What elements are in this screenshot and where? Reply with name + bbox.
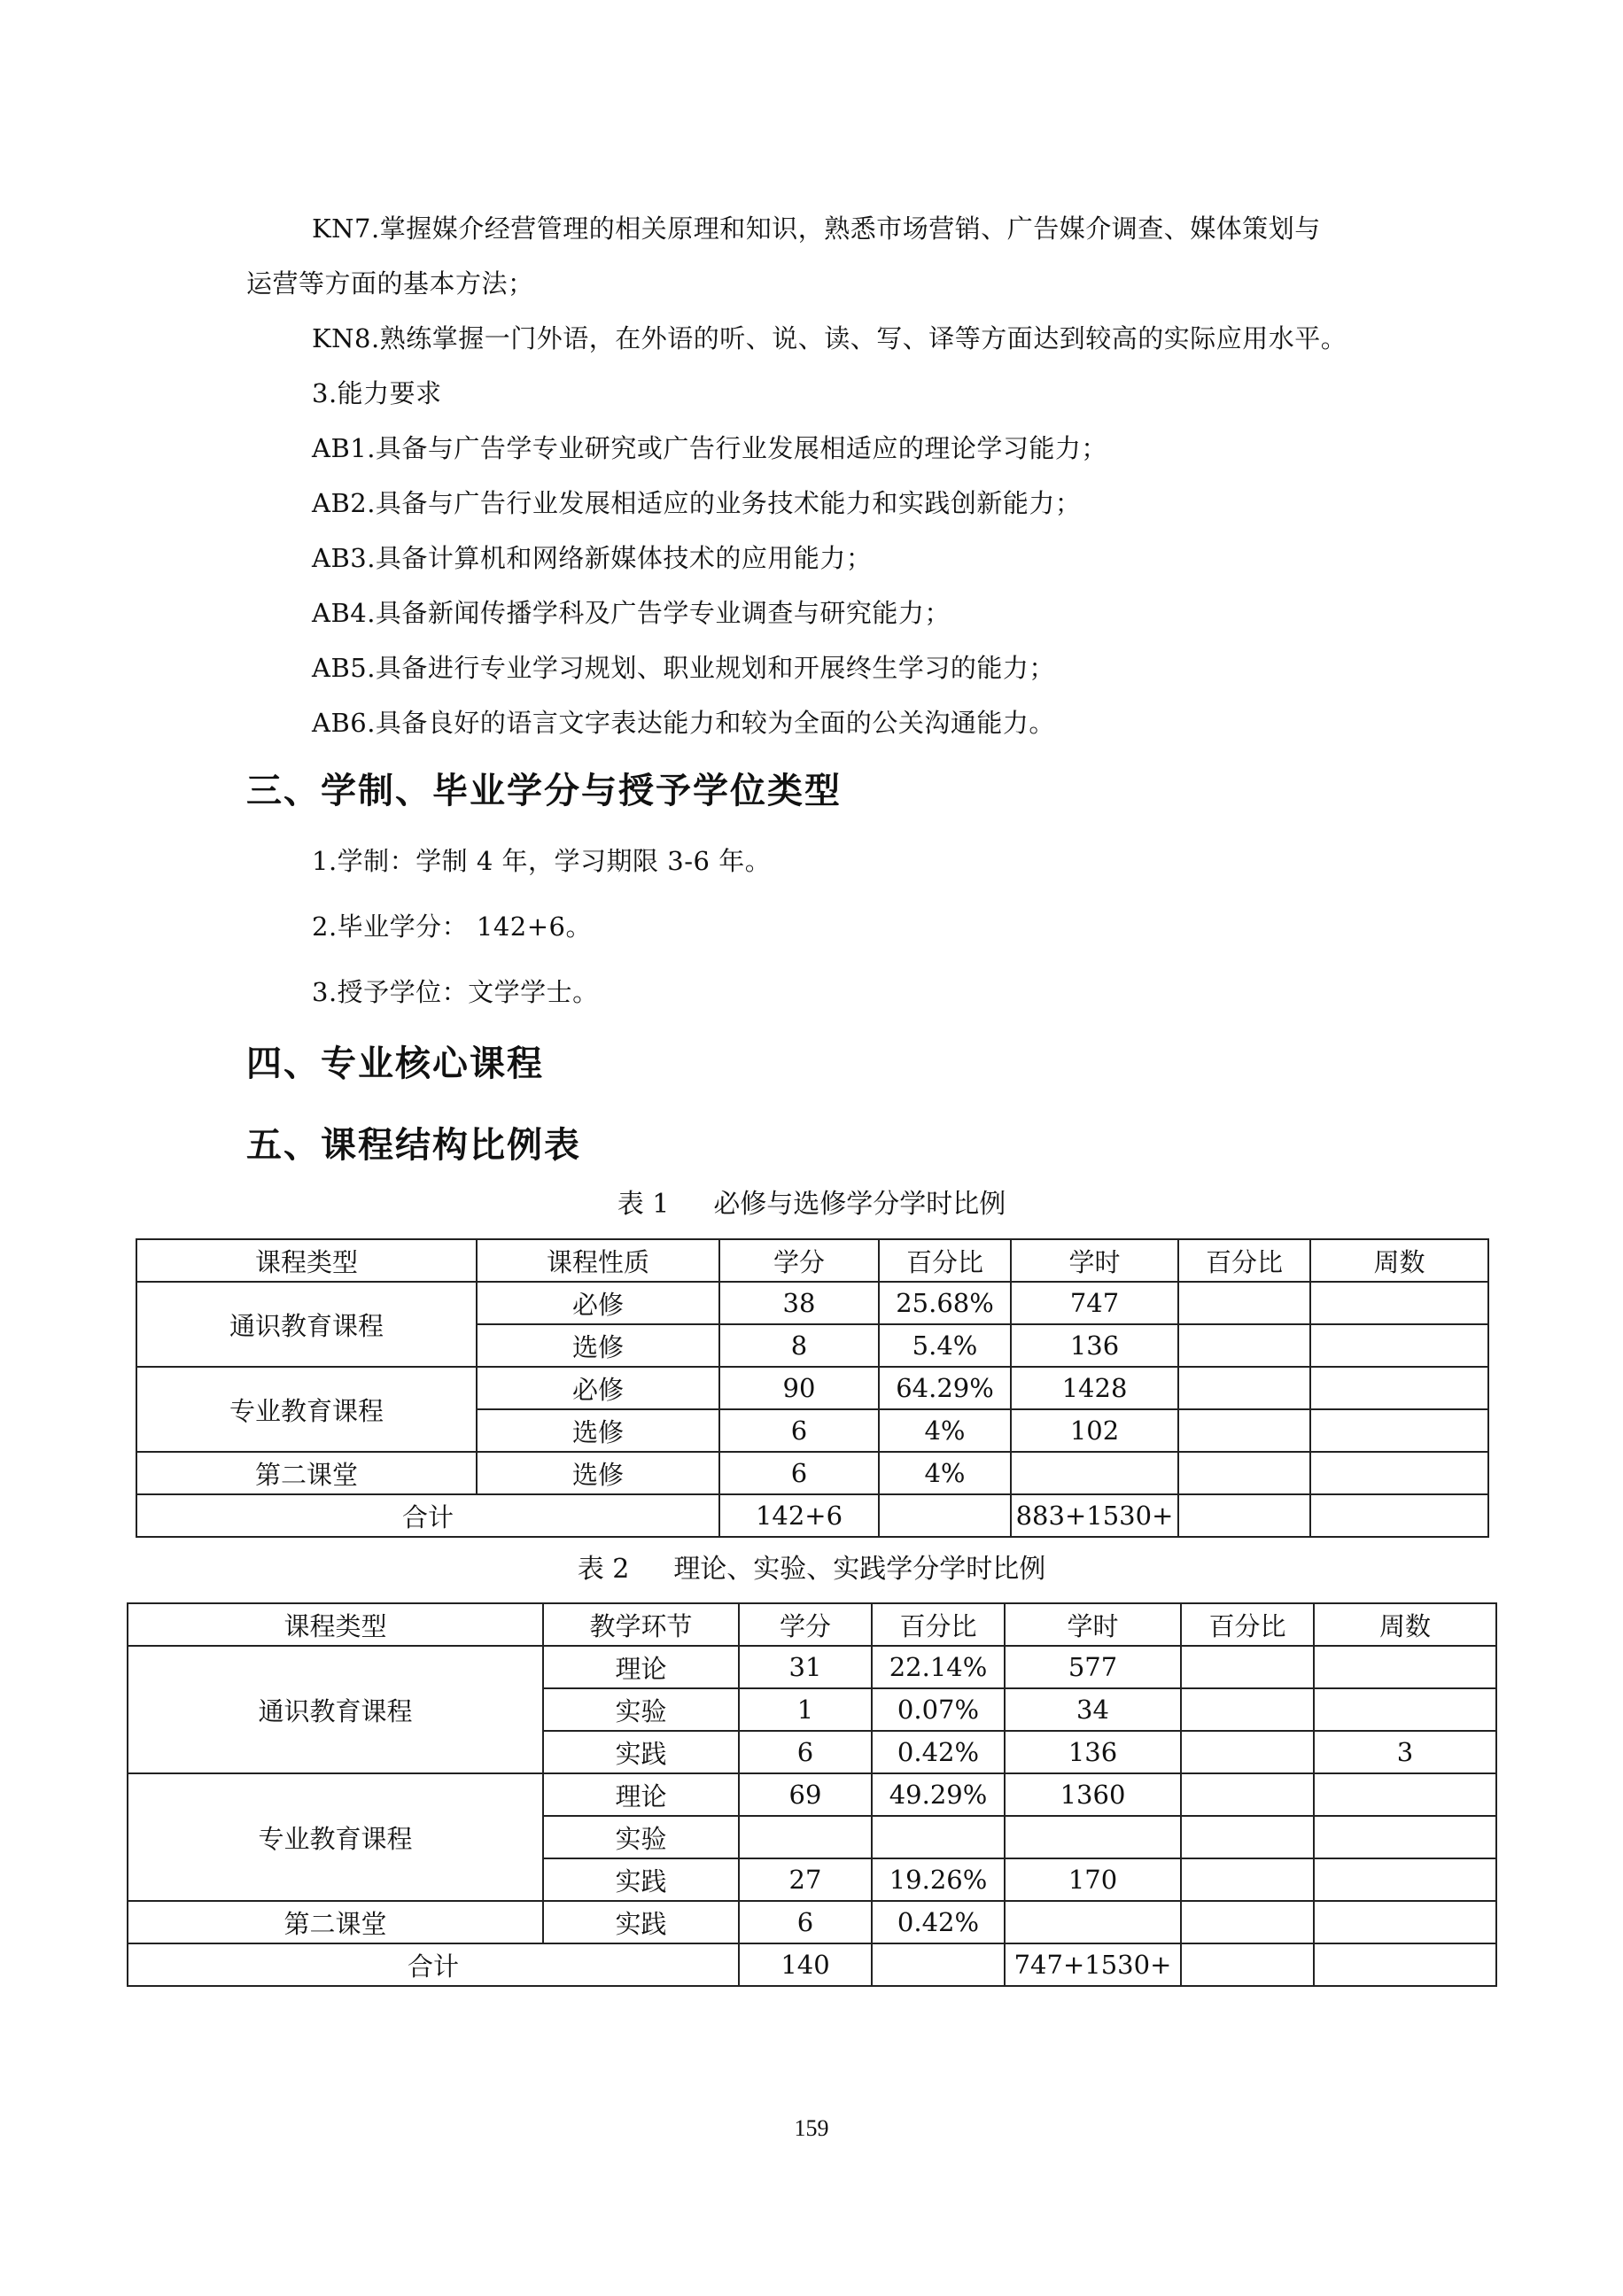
total-label-cell: 合计 (128, 1943, 739, 1986)
cell: 34 (1005, 1688, 1181, 1731)
cell (1181, 1773, 1314, 1816)
cell: 选修 (477, 1452, 719, 1494)
ability-item: AB3.具备计算机和网络新媒体技术的应用能力； (312, 540, 872, 576)
table-header-row: 课程类型 课程性质 学分 百分比 学时 百分比 周数 (136, 1239, 1488, 1282)
cell (1314, 1688, 1496, 1731)
table2-caption-title: 理论、实验、实践学分学时比例 (673, 1554, 1045, 1585)
cell: 49.29% (872, 1773, 1005, 1816)
cell (1181, 1816, 1314, 1858)
cell (1011, 1452, 1178, 1494)
cell: 142+6 (719, 1494, 879, 1537)
cell (1310, 1367, 1488, 1409)
header-cell: 百分比 (1178, 1239, 1310, 1282)
section3-item: 2.毕业学分： 142+6。 (312, 909, 592, 944)
table-header-row: 课程类型 教学环节 学分 百分比 学时 百分比 周数 (128, 1603, 1496, 1646)
cell (1178, 1452, 1310, 1494)
cell: 6 (719, 1452, 879, 1494)
cell (1178, 1367, 1310, 1409)
cell: 选修 (477, 1409, 719, 1452)
kn8: KN8.熟练掌握一门外语，在外语的听、说、读、写、译等方面达到较高的实际应用水平… (312, 321, 1347, 356)
table1-caption-number: 表 1 (617, 1189, 670, 1220)
header-cell: 教学环节 (543, 1603, 739, 1646)
cell: 实践 (543, 1858, 739, 1901)
header-cell: 周数 (1310, 1239, 1488, 1282)
table-row: 通识教育课程 理论 31 22.14% 577 (128, 1646, 1496, 1688)
cell (1005, 1816, 1181, 1858)
course-type-cell: 通识教育课程 (128, 1646, 543, 1773)
table-row: 专业教育课程 必修 90 64.29% 1428 (136, 1367, 1488, 1409)
cell: 136 (1011, 1324, 1178, 1367)
cell: 90 (719, 1367, 879, 1409)
cell (1181, 1688, 1314, 1731)
table1-caption: 表 1必修与选修学分学时比例 (0, 1187, 1623, 1222)
table1-caption-title: 必修与选修学分学时比例 (713, 1189, 1006, 1220)
table1: 课程类型 课程性质 学分 百分比 学时 百分比 周数 通识教育课程 必修 38 … (136, 1238, 1489, 1538)
cell: 31 (739, 1646, 872, 1688)
cell: 27 (739, 1858, 872, 1901)
cell: 1 (739, 1688, 872, 1731)
cell: 6 (739, 1731, 872, 1773)
cell (1181, 1646, 1314, 1688)
header-cell: 学时 (1011, 1239, 1178, 1282)
cell (1181, 1858, 1314, 1901)
cell: 1360 (1005, 1773, 1181, 1816)
cell: 实验 (543, 1688, 739, 1731)
header-cell: 百分比 (1181, 1603, 1314, 1646)
ability-title: 3.能力要求 (312, 376, 442, 411)
cell (1310, 1409, 1488, 1452)
cell: 理论 (543, 1646, 739, 1688)
table2-caption: 表 2理论、实验、实践学分学时比例 (0, 1552, 1623, 1587)
table2: 课程类型 教学环节 学分 百分比 学时 百分比 周数 通识教育课程 理论 31 … (127, 1602, 1497, 1987)
cell: 0.42% (872, 1731, 1005, 1773)
cell (739, 1816, 872, 1858)
cell (1314, 1816, 1496, 1858)
ability-item: AB4.具备新闻传播学科及广告学专业调查与研究能力； (312, 595, 951, 631)
section4-heading: 四、专业核心课程 (246, 1042, 544, 1086)
course-type-cell: 第二课堂 (128, 1901, 543, 1943)
cell: 6 (739, 1901, 872, 1943)
header-cell: 周数 (1314, 1603, 1496, 1646)
cell (1178, 1494, 1310, 1537)
cell (872, 1816, 1005, 1858)
cell (1005, 1901, 1181, 1943)
course-type-cell: 第二课堂 (136, 1452, 477, 1494)
cell: 136 (1005, 1731, 1181, 1773)
table-total-row: 合计 140 747+1530+ (128, 1943, 1496, 1986)
cell: 747 (1011, 1282, 1178, 1324)
cell: 170 (1005, 1858, 1181, 1901)
section3-item: 1.学制：学制 4 年，学习期限 3-6 年。 (312, 843, 771, 879)
cell (1178, 1282, 1310, 1324)
table-row: 专业教育课程 理论 69 49.29% 1360 (128, 1773, 1496, 1816)
header-cell: 百分比 (879, 1239, 1011, 1282)
table-row: 第二课堂 实践 6 0.42% (128, 1901, 1496, 1943)
cell (1178, 1409, 1310, 1452)
cell: 19.26% (872, 1858, 1005, 1901)
cell (1181, 1943, 1314, 1986)
cell: 实践 (543, 1901, 739, 1943)
cell: 4% (879, 1452, 1011, 1494)
header-cell: 学时 (1005, 1603, 1181, 1646)
table-row: 第二课堂 选修 6 4% (136, 1452, 1488, 1494)
cell (1314, 1901, 1496, 1943)
cell (1314, 1646, 1496, 1688)
table-row: 通识教育课程 必修 38 25.68% 747 (136, 1282, 1488, 1324)
cell: 140 (739, 1943, 872, 1986)
cell: 69 (739, 1773, 872, 1816)
cell: 102 (1011, 1409, 1178, 1452)
cell (1181, 1731, 1314, 1773)
ability-item: AB1.具备与广告学专业研究或广告行业发展相适应的理论学习能力； (312, 430, 1107, 466)
course-type-cell: 专业教育课程 (128, 1773, 543, 1901)
course-type-cell: 专业教育课程 (136, 1367, 477, 1452)
cell: 883+1530+ (1011, 1494, 1178, 1537)
ability-item: AB2.具备与广告行业发展相适应的业务技术能力和实践创新能力； (312, 485, 1081, 521)
ability-item: AB5.具备进行专业学习规划、职业规划和开展终生学习的能力； (312, 650, 1055, 686)
cell (1310, 1494, 1488, 1537)
cell: 38 (719, 1282, 879, 1324)
section5-heading: 五、课程结构比例表 (246, 1123, 581, 1167)
cell: 0.42% (872, 1901, 1005, 1943)
cell (1178, 1324, 1310, 1367)
table-total-row: 合计 142+6 883+1530+ (136, 1494, 1488, 1537)
header-cell: 课程性质 (477, 1239, 719, 1282)
cell: 6 (719, 1409, 879, 1452)
kn7-line2: 运营等方面的基本方法； (246, 266, 534, 301)
header-cell: 百分比 (872, 1603, 1005, 1646)
cell: 0.07% (872, 1688, 1005, 1731)
course-type-cell: 通识教育课程 (136, 1282, 477, 1367)
kn7-line1: KN7.掌握媒介经营管理的相关原理和知识，熟悉市场营销、广告媒介调查、媒体策划与 (312, 211, 1321, 246)
cell (879, 1494, 1011, 1537)
cell: 实验 (543, 1816, 739, 1858)
cell (1314, 1943, 1496, 1986)
section3-item: 3.授予学位：文学学士。 (312, 974, 599, 1010)
cell (1181, 1901, 1314, 1943)
cell: 25.68% (879, 1282, 1011, 1324)
cell: 577 (1005, 1646, 1181, 1688)
cell: 理论 (543, 1773, 739, 1816)
cell (1310, 1282, 1488, 1324)
header-cell: 学分 (719, 1239, 879, 1282)
section3-heading: 三、学制、毕业学分与授予学位类型 (246, 769, 842, 813)
cell: 选修 (477, 1324, 719, 1367)
cell (1314, 1858, 1496, 1901)
header-cell: 学分 (739, 1603, 872, 1646)
cell: 必修 (477, 1282, 719, 1324)
cell: 747+1530+ (1005, 1943, 1181, 1986)
cell: 5.4% (879, 1324, 1011, 1367)
cell: 22.14% (872, 1646, 1005, 1688)
cell: 3 (1314, 1731, 1496, 1773)
ability-item: AB6.具备良好的语言文字表达能力和较为全面的公关沟通能力。 (312, 705, 1055, 741)
header-cell: 课程类型 (136, 1239, 477, 1282)
cell: 1428 (1011, 1367, 1178, 1409)
cell (1310, 1324, 1488, 1367)
cell: 实践 (543, 1731, 739, 1773)
cell: 64.29% (879, 1367, 1011, 1409)
cell (872, 1943, 1005, 1986)
header-cell: 课程类型 (128, 1603, 543, 1646)
cell: 4% (879, 1409, 1011, 1452)
cell: 必修 (477, 1367, 719, 1409)
page-number: 159 (0, 2115, 1623, 2142)
table2-caption-number: 表 2 (578, 1554, 630, 1585)
total-label-cell: 合计 (136, 1494, 719, 1537)
cell (1314, 1773, 1496, 1816)
cell: 8 (719, 1324, 879, 1367)
cell (1310, 1452, 1488, 1494)
